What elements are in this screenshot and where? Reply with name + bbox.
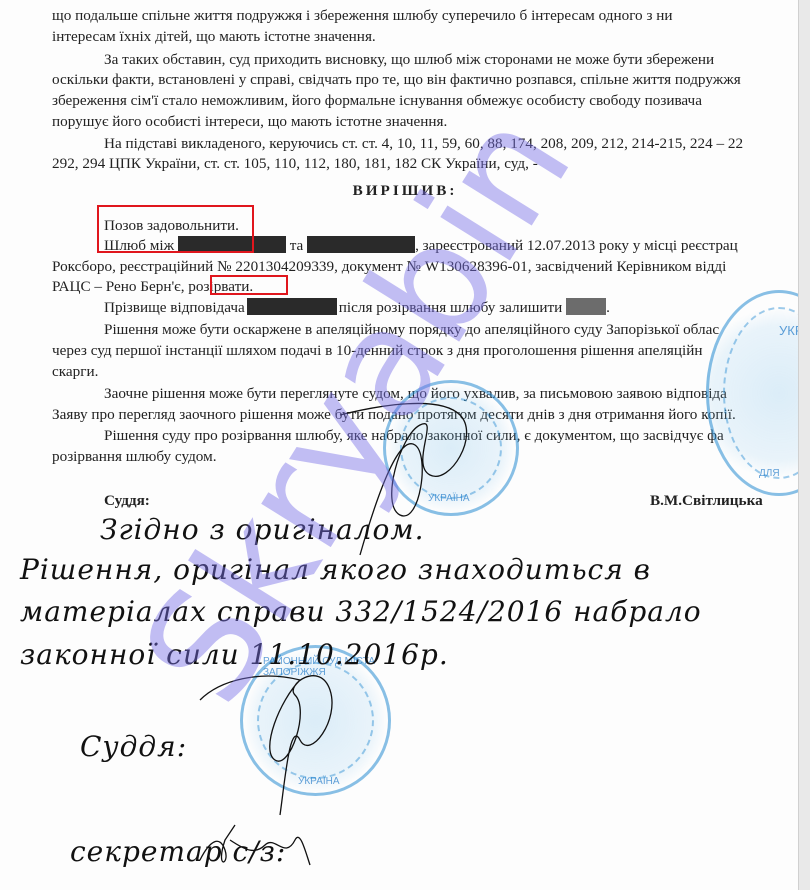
handwritten-judge-label: Суддя: xyxy=(80,730,187,763)
ministry-stamp-icon: УКРАЇ ДЛЯ xyxy=(706,290,810,496)
certificate-line: розірвання шлюбу судом. xyxy=(52,447,217,467)
paragraph-line: За таких обставин, суд приходить висновк… xyxy=(104,50,714,70)
paragraph-line: що подальше спільне життя подружжя і збе… xyxy=(52,6,673,26)
redacted-surname xyxy=(566,298,606,315)
paragraph-line: збереження сім'ї стало неможливим, його … xyxy=(52,91,702,111)
registry-office: РАЦС – Рено Берн'є, xyxy=(52,278,185,295)
highlight-dissolve-box xyxy=(210,275,288,295)
page-edge xyxy=(798,0,810,890)
highlight-claim-box xyxy=(97,205,254,253)
marriage-and: та xyxy=(290,237,304,254)
appeal-line: скарги. xyxy=(52,362,98,382)
paragraph-line: оскільки факти, встановлені у справі, св… xyxy=(52,70,741,90)
judge-name: В.М.Світлицька xyxy=(650,491,763,511)
stamp-text: ДЛЯ xyxy=(759,468,780,479)
paragraph-line: інтересам їхніх дітей, що мають істотне … xyxy=(52,27,376,47)
handwritten-secretary-label: секретар с/з: xyxy=(70,835,286,868)
paragraph-line: порушує його особисті інтереси, що мають… xyxy=(52,112,447,132)
surname-prefix: Прізвище відповідача xyxy=(104,299,245,316)
judge-label: Суддя: xyxy=(104,491,150,511)
period: . xyxy=(606,299,610,316)
scanned-court-decision-page: що подальше спільне життя подружжя і збе… xyxy=(0,0,810,890)
